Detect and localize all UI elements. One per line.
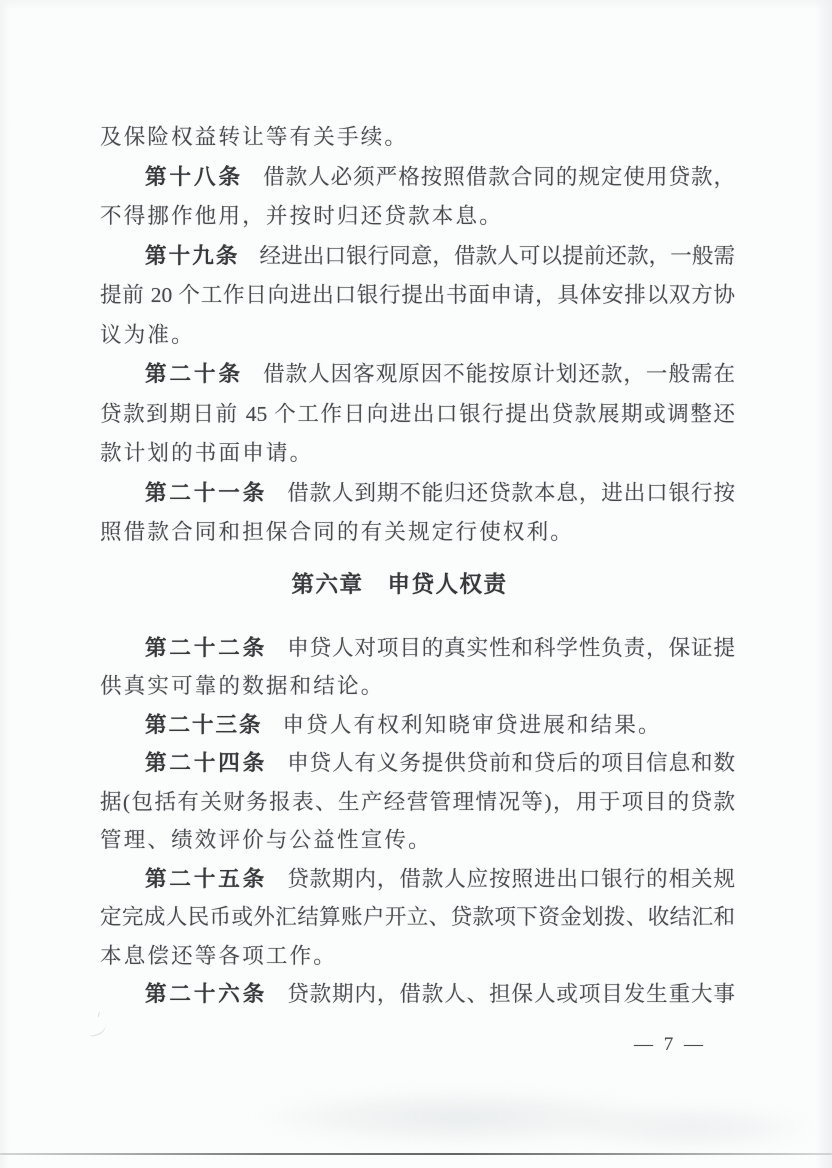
- article-25-line-3: 本息偿还等各项工作。: [100, 937, 735, 976]
- doc-line-text: 贷款到期日前 45 个工作日向进出口银行提出贷款展期或调整还: [100, 402, 735, 426]
- article-number: 第二十一条: [145, 481, 267, 505]
- paper-edge-shadow-left: [0, 0, 10, 1168]
- article-20-line-2: 贷款到期日前 45 个工作日向进出口银行提出贷款展期或调整还: [100, 395, 735, 435]
- paper-bottom-edge: [0, 1153, 832, 1155]
- doc-line-text: 借款人必须严格按照借款合同的规定使用贷款，: [263, 165, 735, 189]
- article-24-line-3: 管理、绩效评价与公益性宣传。: [100, 821, 735, 860]
- doc-line-text: 本息偿还等各项工作。: [100, 944, 337, 968]
- document-body: 及保险权益转让等有关手续。 第十八条借款人必须严格按照借款合同的规定使用贷款， …: [100, 118, 735, 1014]
- article-24-line-2: 据(包括有关财务报表、生产经营管理情况等)，用于项目的贷款: [100, 783, 735, 822]
- page-number: — 7 —: [600, 1032, 740, 1058]
- article-19-line-3: 议为准。: [100, 316, 735, 356]
- article-19-line-1: 第十九条经进出口银行同意，借款人可以提前还款，一般需: [100, 237, 735, 277]
- article-number: 第二十二条: [145, 636, 267, 660]
- article-18-line-1: 第十八条借款人必须严格按照借款合同的规定使用贷款，: [100, 158, 735, 198]
- doc-line-text: 借款人到期不能归还贷款本息，进出口银行按: [287, 481, 735, 505]
- chapter-title: 申贷人权责: [388, 572, 508, 597]
- doc-line-text: 申贷人有义务提供贷前和贷后的项目信息和数: [287, 751, 735, 775]
- article-22-line-2: 供真实可靠的数据和结论。: [100, 667, 735, 706]
- article-20-line-3: 款计划的书面申请。: [100, 434, 735, 474]
- chapter-heading: 第六章申贷人权责: [82, 565, 717, 605]
- doc-line-text: 定完成人民币或外汇结算账户开立、贷款项下资金划拨、收结汇和: [100, 905, 735, 929]
- article-number: 第十八条: [145, 165, 243, 189]
- scan-smudge: [560, 1105, 820, 1150]
- doc-line-text: 据(包括有关财务报表、生产经营管理情况等)，用于项目的贷款: [100, 790, 735, 814]
- paper-edge-shadow-top: [0, 0, 832, 10]
- article-number: 第二十五条: [145, 867, 267, 891]
- article-20-line-1: 第二十条借款人因客观原因不能按原计划还款，一般需在: [100, 355, 735, 395]
- scan-smudge: [250, 1090, 670, 1145]
- doc-line-text: 不得挪作他用，并按时归还贷款本息。: [100, 204, 503, 228]
- doc-line-text: 款计划的书面申请。: [100, 441, 313, 465]
- doc-line-text: 照借款合同和担保合同的有关规定行使权利。: [100, 520, 574, 544]
- article-23-line-1: 第二十三条申贷人有权利知晓审贷进展和结果。: [100, 706, 735, 745]
- doc-line-text: 及保险权益转让等有关手续。: [100, 125, 408, 149]
- chapter-number: 第六章: [291, 572, 363, 597]
- doc-line-text: 提前 20 个工作日向进出口银行提出书面申请，具体安排以双方协: [100, 283, 735, 307]
- article-number: 第十九条: [145, 244, 239, 268]
- article-25-line-1: 第二十五条贷款期内，借款人应按照进出口银行的相关规: [100, 860, 735, 899]
- section-applicant-articles: 第二十二条申贷人对项目的真实性和科学性负责，保证提 供真实可靠的数据和结论。 第…: [100, 629, 735, 1014]
- article-19-line-2: 提前 20 个工作日向进出口银行提出书面申请，具体安排以双方协: [100, 276, 735, 316]
- doc-line-continuation: 及保险权益转让等有关手续。: [100, 118, 735, 158]
- paper-edge-shadow-right: [816, 0, 832, 1168]
- doc-line-text: 申贷人有权利知晓审贷进展和结果。: [283, 713, 662, 737]
- article-21-line-2: 照借款合同和担保合同的有关规定行使权利。: [100, 513, 735, 553]
- doc-line-text: 议为准。: [100, 323, 195, 347]
- doc-line-text: 管理、绩效评价与公益性宣传。: [100, 828, 432, 852]
- section-borrower-articles: 及保险权益转让等有关手续。 第十八条借款人必须严格按照借款合同的规定使用贷款， …: [100, 118, 735, 553]
- article-number: 第二十四条: [145, 751, 267, 775]
- doc-line-text: 借款人因客观原因不能按原计划还款，一般需在: [263, 362, 735, 386]
- article-21-line-1: 第二十一条借款人到期不能归还贷款本息，进出口银行按: [100, 474, 735, 514]
- article-number: 第二十三条: [145, 713, 263, 737]
- article-24-line-1: 第二十四条申贷人有义务提供贷前和贷后的项目信息和数: [100, 744, 735, 783]
- pencil-mark-artifact: [86, 1018, 108, 1038]
- doc-line-text: 贷款期内，借款人应按照进出口银行的相关规: [287, 867, 735, 891]
- doc-line-text: 贷款期内，借款人、担保人或项目发生重大事: [287, 982, 735, 1006]
- doc-line-text: 供真实可靠的数据和结论。: [100, 674, 384, 698]
- doc-line-text: 经进出口银行同意，借款人可以提前还款，一般需: [259, 244, 735, 268]
- article-22-line-1: 第二十二条申贷人对项目的真实性和科学性负责，保证提: [100, 629, 735, 668]
- article-18-line-2: 不得挪作他用，并按时归还贷款本息。: [100, 197, 735, 237]
- scanned-document-page: 及保险权益转让等有关手续。 第十八条借款人必须严格按照借款合同的规定使用贷款， …: [0, 0, 832, 1168]
- article-25-line-2: 定完成人民币或外汇结算账户开立、贷款项下资金划拨、收结汇和: [100, 898, 735, 937]
- article-number: 第二十条: [145, 362, 243, 386]
- article-26-line-1: 第二十六条贷款期内，借款人、担保人或项目发生重大事: [100, 975, 735, 1014]
- doc-line-text: 申贷人对项目的真实性和科学性负责，保证提: [287, 636, 735, 660]
- article-number: 第二十六条: [145, 982, 267, 1006]
